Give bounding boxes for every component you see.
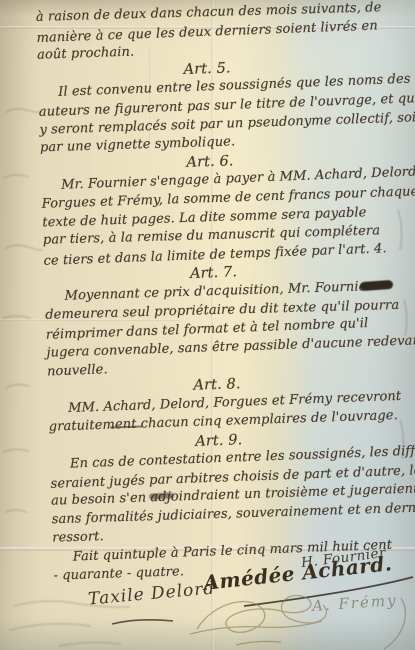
delord-dash bbox=[112, 620, 173, 624]
paraph-flourish bbox=[190, 596, 326, 645]
manuscript-page: à raison de deux dans chacun des mois su… bbox=[0, 0, 415, 650]
manuscript-text-block: à raison de deux dans chacun des mois su… bbox=[0, 0, 415, 587]
signature-fremy: A. Frémy bbox=[311, 591, 398, 615]
